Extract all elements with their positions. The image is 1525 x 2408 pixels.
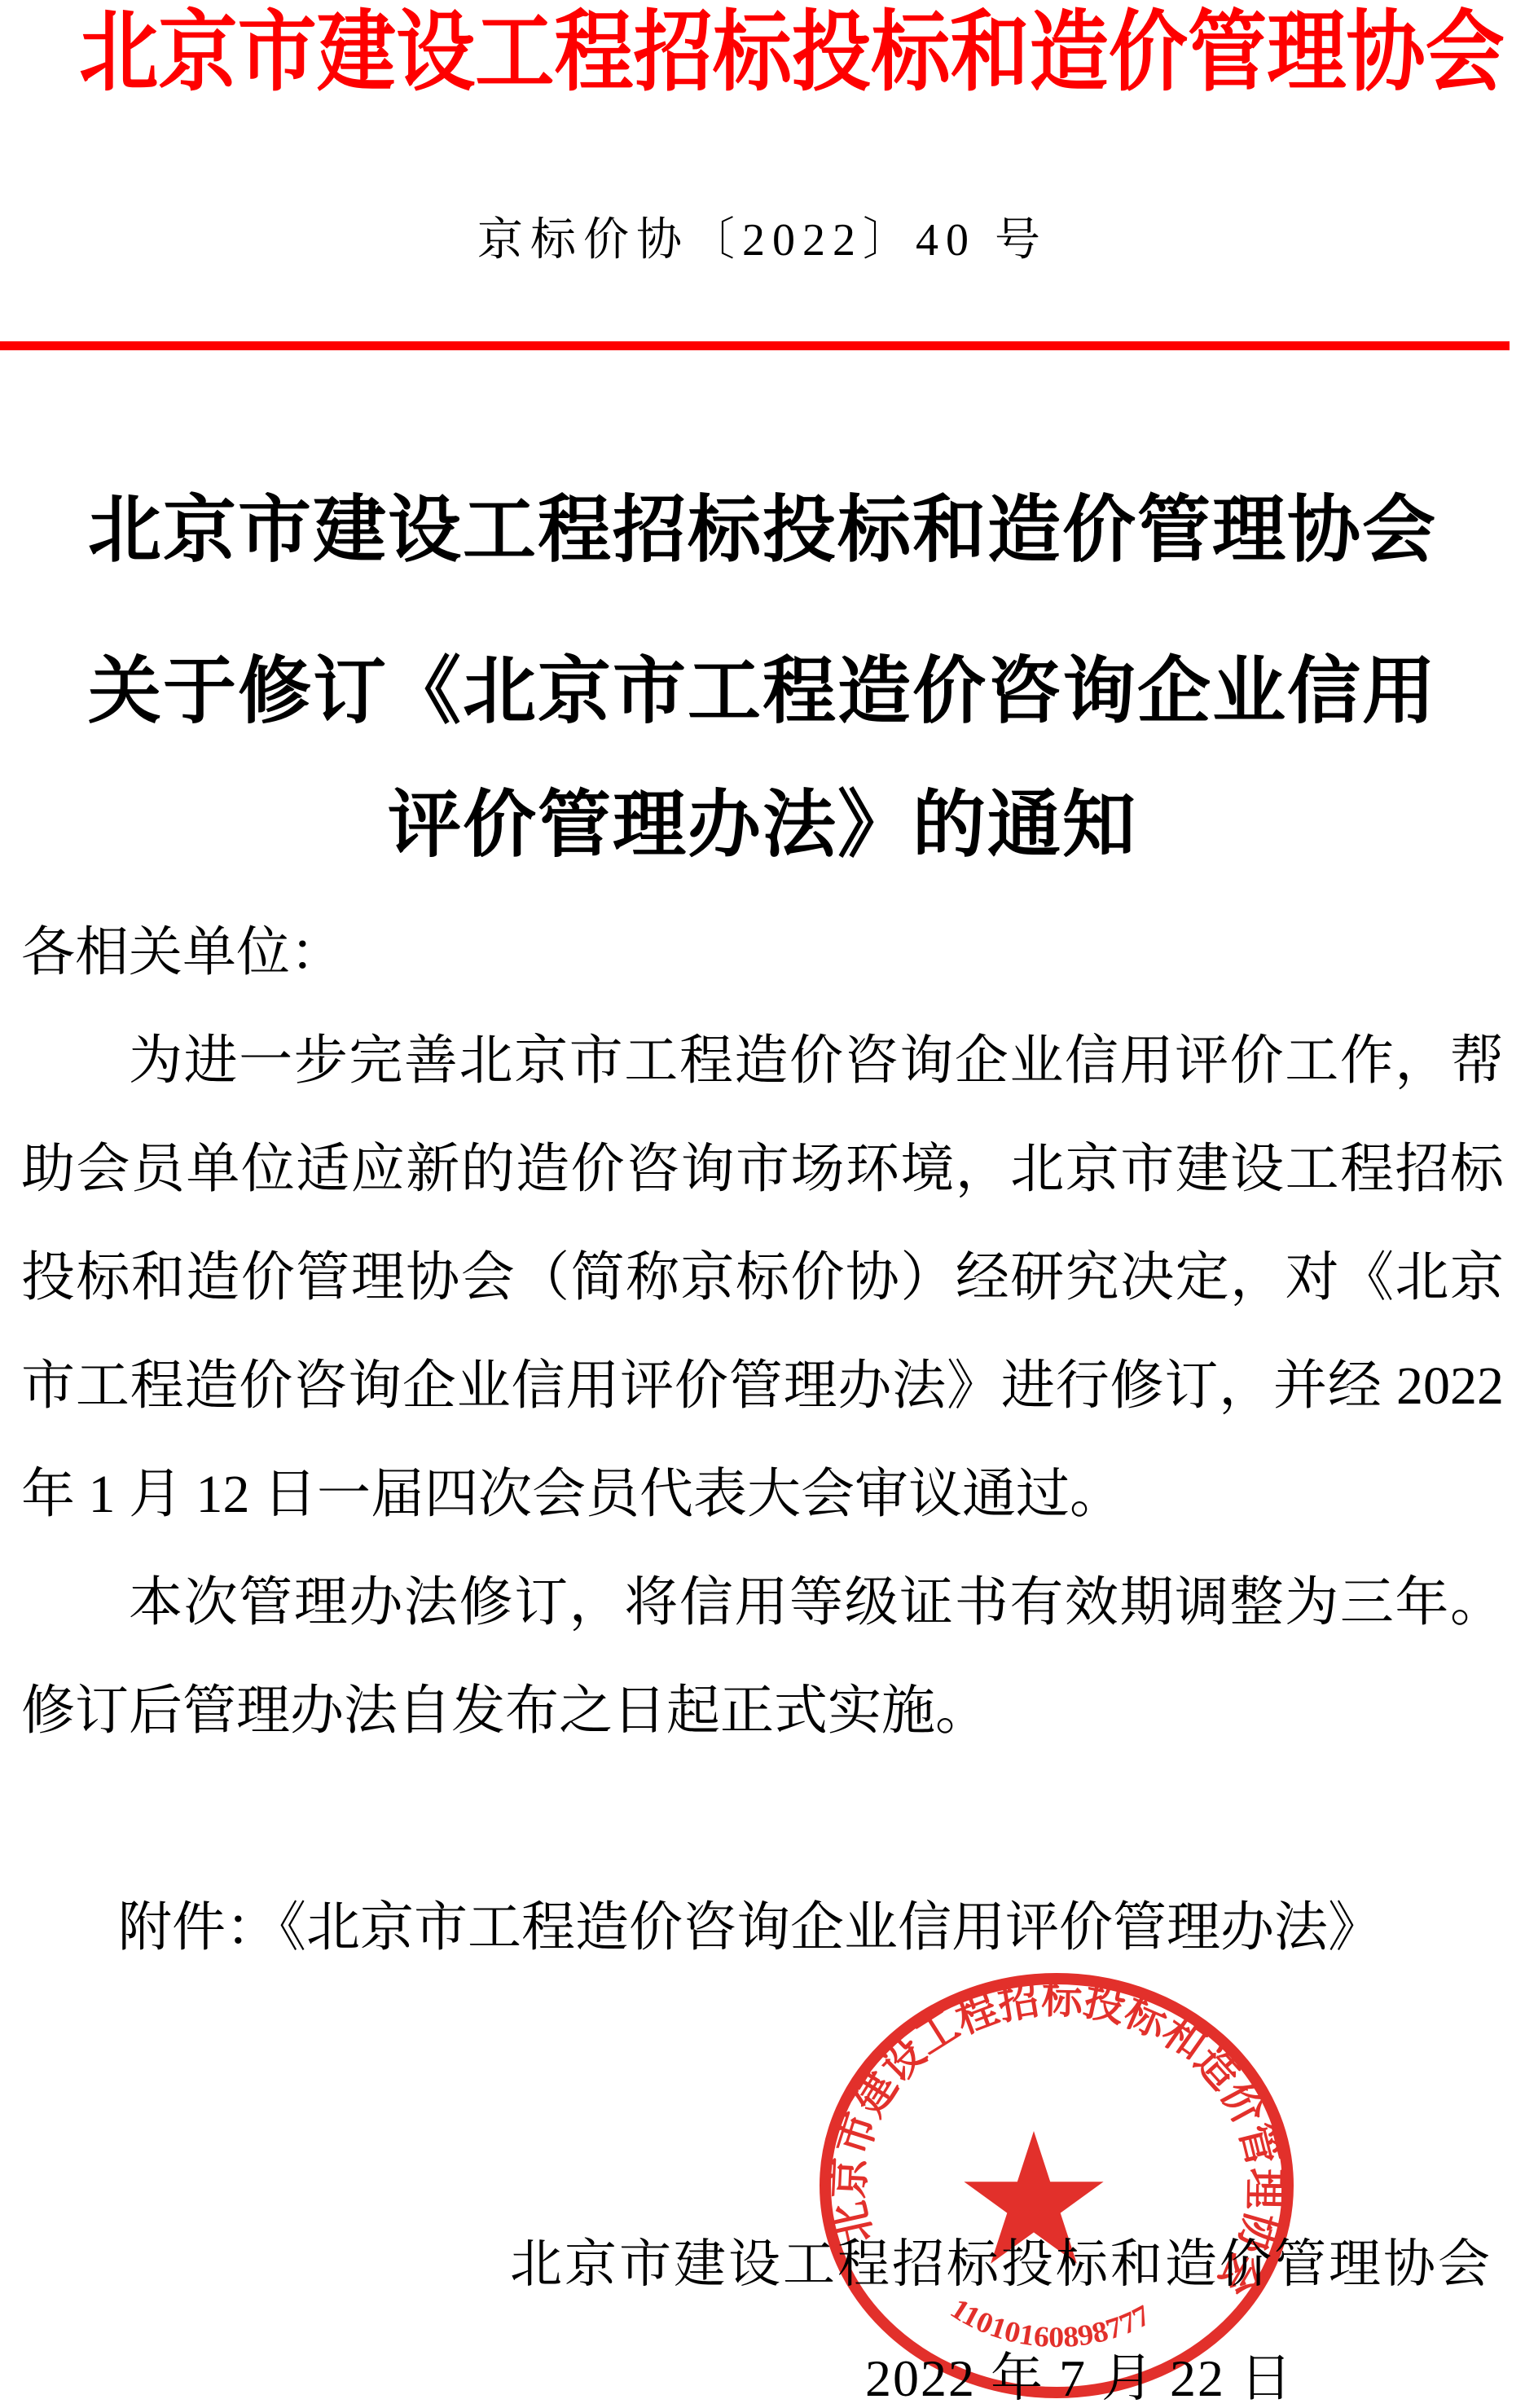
seal-number-path: 11010160898777 (945, 2292, 1156, 2353)
notice-title-line-1: 北京市建设工程招标投标和造价管理协会 (0, 490, 1525, 571)
body-line: 年 1 月 12 日一届四次会员代表大会审议通过。 (21, 1440, 1504, 1549)
masthead-org-name: 北京市建设工程招标投标和造价管理协会 (79, 10, 1505, 98)
official-notice-page: 北京市建设工程招标投标和造价管理协会 京标价协〔2022〕40 号 北京市建设工… (0, 0, 1525, 2408)
notice-title-line-2: 关于修订《北京市工程造价咨询企业信用 (0, 652, 1525, 732)
seal-ring-text: 北京市建设工程招标投标和造价管理协会 (824, 1974, 1289, 2304)
body-line: 投标和造价管理协会（简称京标价协）经研究决定，对《北京 (21, 1224, 1504, 1332)
body-line: 修订后管理办法自发布之日起正式实施。 (21, 1657, 1504, 1765)
salutation: 各相关单位： (21, 899, 1504, 1007)
official-seal: 北京市建设工程招标投标和造价管理协会 11010160898777 (812, 1971, 1301, 2408)
seal-ring-text-path: 北京市建设工程招标投标和造价管理协会 (824, 1974, 1289, 2304)
seal-number: 11010160898777 (945, 2292, 1156, 2353)
body-line: 助会员单位适应新的造价咨询市场环境，北京市建设工程招标 (21, 1115, 1504, 1224)
red-masthead: 北京市建设工程招标投标和造价管理协会 (0, 10, 1525, 98)
body-line: 本次管理办法修订，将信用等级证书有效期调整为三年。 (21, 1549, 1504, 1657)
notice-title-line-3: 评价管理办法》的通知 (0, 785, 1525, 866)
doc-number: 京标价协〔2022〕40 号 (0, 213, 1525, 268)
body-line: 为进一步完善北京市工程造价咨询企业信用评价工作，帮 (21, 1007, 1504, 1115)
body-line: 市工程造价咨询企业信用评价管理办法》进行修订，并经 2022 (21, 1332, 1504, 1440)
star-icon (964, 2131, 1103, 2264)
attachment-line: 附件：《北京市工程造价咨询企业信用评价管理办法》 (21, 1874, 1504, 1982)
notice-body: 各相关单位： 为进一步完善北京市工程造价咨询企业信用评价工作，帮 助会员单位适应… (21, 899, 1504, 1765)
red-divider-rule (0, 341, 1510, 350)
